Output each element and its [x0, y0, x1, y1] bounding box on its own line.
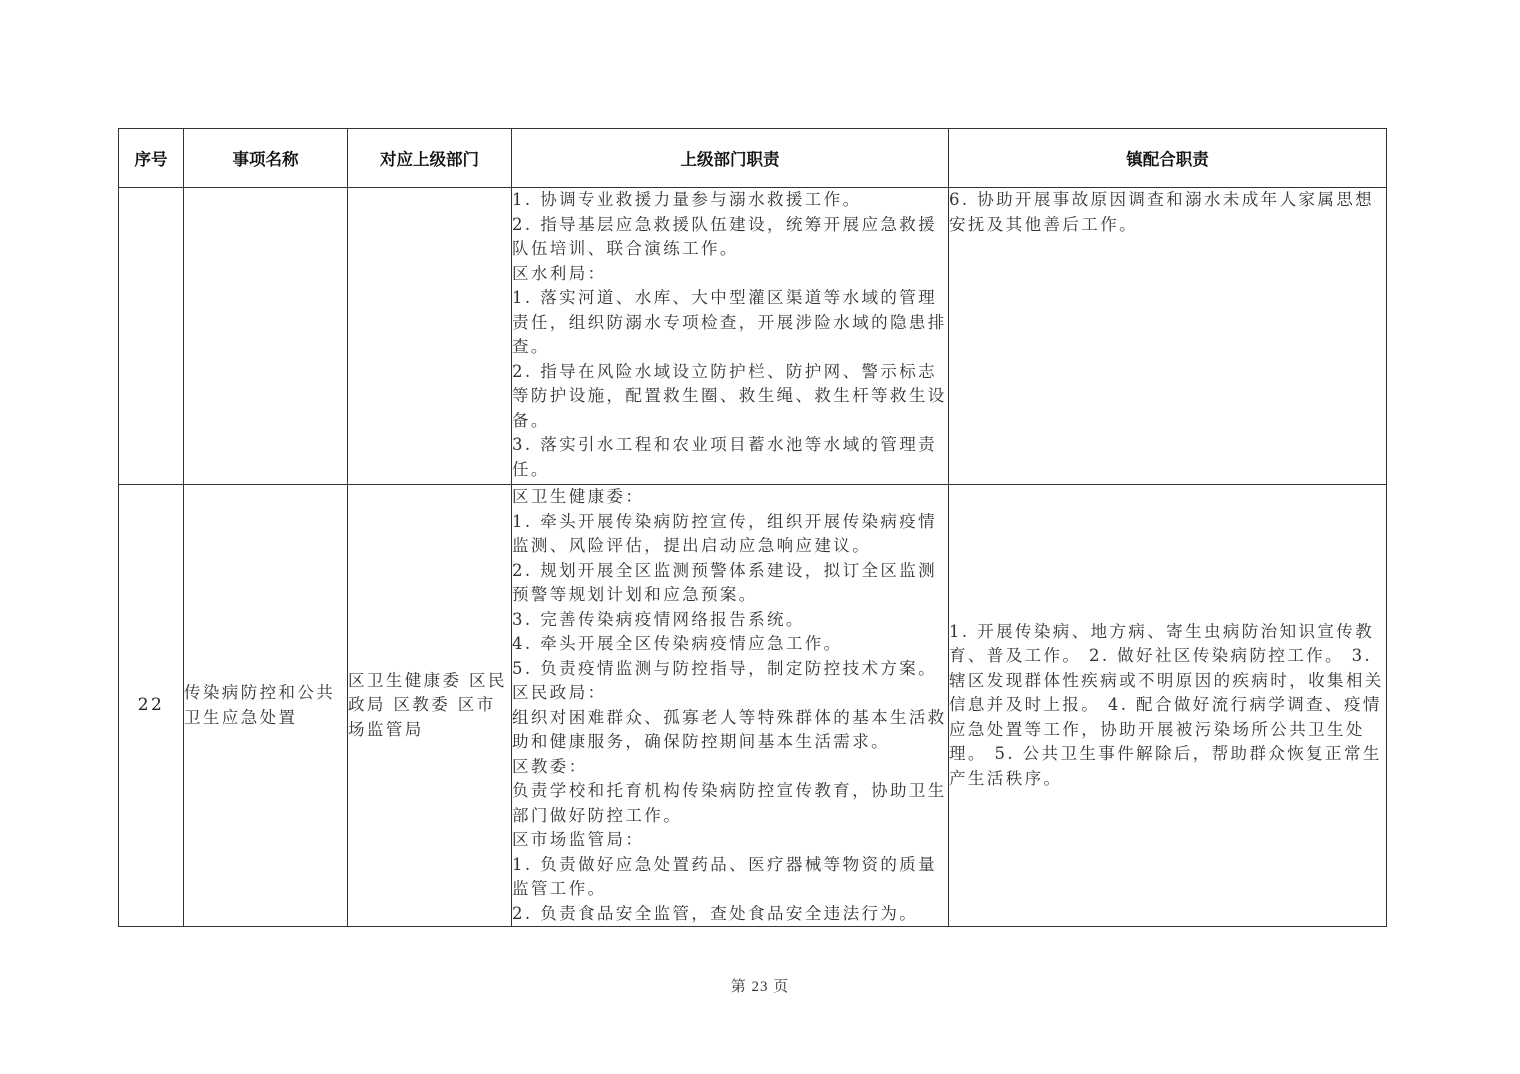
- duty-line: 4. 牵头开展全区传染病疫情应急工作。: [512, 632, 948, 657]
- duty-line: 区市场监管局：: [512, 828, 948, 853]
- responsibility-table: 序号 事项名称 对应上级部门 上级部门职责 镇配合职责 1. 协调专业救援力量参…: [118, 128, 1387, 927]
- seq-cell: [119, 188, 184, 485]
- header-dept: 对应上级部门: [348, 129, 512, 188]
- duty-line: 区教委：: [512, 755, 948, 780]
- duty-line: 区水利局：: [512, 262, 948, 287]
- duty-line: 1. 落实河道、水库、大中型灌区渠道等水域的管理责任，组织防溺水专项检查，开展涉…: [512, 286, 948, 360]
- header-town-duties: 镇配合职责: [949, 129, 1387, 188]
- town-duties-cell: 6. 协助开展事故原因调查和溺水未成年人家属思想安抚及其他善后工作。: [949, 188, 1387, 485]
- town-duties-cell: 1. 开展传染病、地方病、寄生虫病防治知识宣传教育、普及工作。 2. 做好社区传…: [949, 485, 1387, 927]
- duty-line: 区卫生健康委：: [512, 485, 948, 510]
- town-duty-line: 6. 协助开展事故原因调查和溺水未成年人家属思想安抚及其他善后工作。: [949, 190, 1374, 234]
- duty-line: 1. 负责做好应急处置药品、医疗器械等物资的质量监管工作。: [512, 853, 948, 902]
- duty-line: 2. 规划开展全区监测预警体系建设，拟订全区监测预警等规划计划和应急预案。: [512, 559, 948, 608]
- duty-line: 3. 完善传染病疫情网络报告系统。: [512, 608, 948, 633]
- item-name-cell: 传染病防控和公共卫生应急处置: [184, 485, 348, 927]
- duty-line: 1. 协调专业救援力量参与溺水救援工作。: [512, 188, 948, 213]
- dept-cell: 区卫生健康委 区民政局 区教委 区市场监管局: [348, 485, 512, 927]
- table-header-row: 序号 事项名称 对应上级部门 上级部门职责 镇配合职责: [119, 129, 1387, 188]
- dept-cell: [348, 188, 512, 485]
- duty-line: 2. 负责食品安全监管，查处食品安全违法行为。: [512, 902, 948, 927]
- duty-line: 1. 牵头开展传染病防控宣传，组织开展传染病疫情监测、风险评估，提出启动应急响应…: [512, 510, 948, 559]
- header-item-name: 事项名称: [184, 129, 348, 188]
- item-name-cell: [184, 188, 348, 485]
- header-seq: 序号: [119, 129, 184, 188]
- seq-cell: 22: [119, 485, 184, 927]
- town-duty-line: 5. 公共卫生事件解除后，帮助群众恢复正常生产生活秩序。: [949, 744, 1382, 788]
- town-duty-line: 2. 做好社区传染病防控工作。: [1089, 646, 1344, 665]
- duty-line: 负责学校和托育机构传染病防控宣传教育，协助卫生部门做好防控工作。: [512, 779, 948, 828]
- duty-line: 2. 指导在风险水域设立防护栏、防护网、警示标志等防护设施，配置救生圈、救生绳、…: [512, 360, 948, 434]
- duty-line: 2. 指导基层应急救援队伍建设，统筹开展应急救援队伍培训、联合演练工作。: [512, 213, 948, 262]
- duty-line: 5. 负责疫情监测与防控指导，制定防控技术方案。: [512, 657, 948, 682]
- duty-line: 组织对困难群众、孤寡老人等特殊群体的基本生活救助和健康服务，确保防控期间基本生活…: [512, 706, 948, 755]
- table-row: 22 传染病防控和公共卫生应急处置 区卫生健康委 区民政局 区教委 区市场监管局…: [119, 485, 1387, 927]
- duty-line: 区民政局：: [512, 681, 948, 706]
- duty-line: 3. 落实引水工程和农业项目蓄水池等水域的管理责任。: [512, 433, 948, 482]
- page-number: 第 23 页: [0, 975, 1520, 996]
- upper-duties-cell: 1. 协调专业救援力量参与溺水救援工作。 2. 指导基层应急救援队伍建设，统筹开…: [512, 188, 949, 485]
- upper-duties-cell: 区卫生健康委： 1. 牵头开展传染病防控宣传，组织开展传染病疫情监测、风险评估，…: [512, 485, 949, 927]
- table-row: 1. 协调专业救援力量参与溺水救援工作。 2. 指导基层应急救援队伍建设，统筹开…: [119, 188, 1387, 485]
- header-upper-duties: 上级部门职责: [512, 129, 949, 188]
